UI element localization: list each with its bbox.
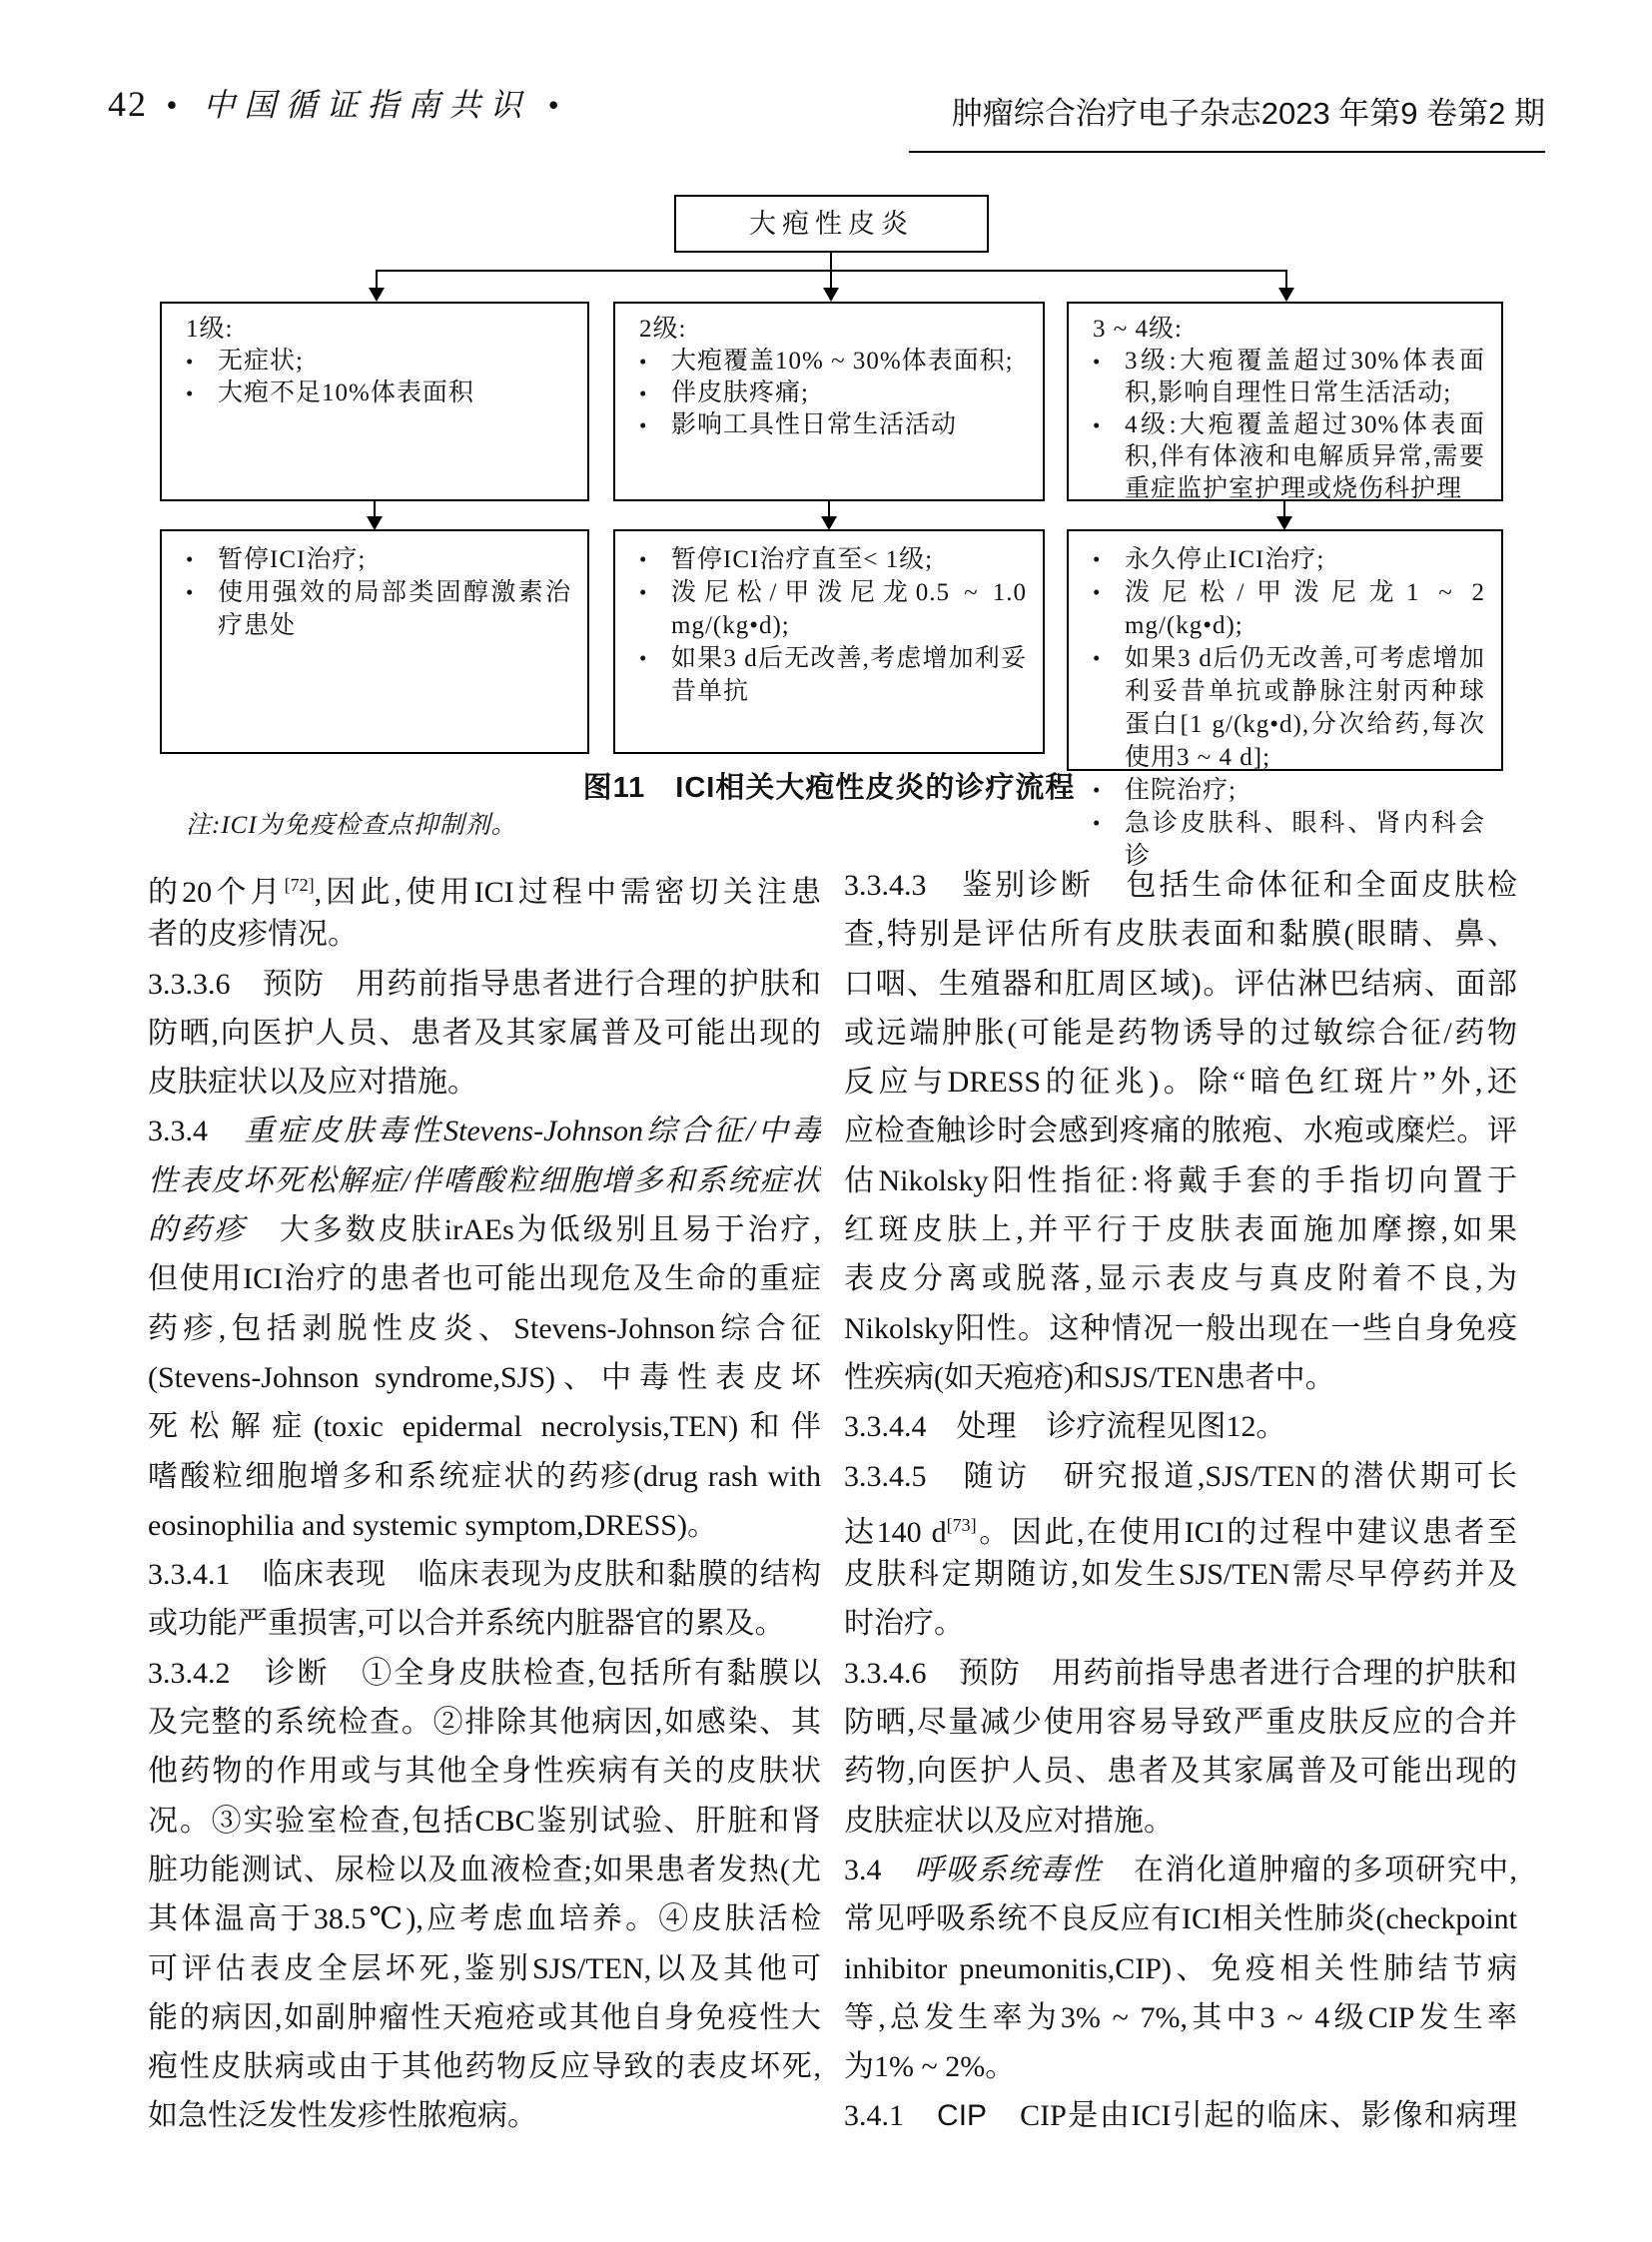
text-segment: 红斑皮肤上,并平行于皮肤表面施加摩擦,如果 bbox=[844, 1213, 1517, 1246]
text-segment: 大多数皮肤irAEs为低级别且易于治疗, bbox=[247, 1213, 821, 1246]
text-segment: 口咽、生殖器和肛周区域)。评估淋巴结病、面部 bbox=[844, 968, 1517, 1001]
body-text-line: 及完整的系统检查。②排除其他病因,如感染、其 bbox=[148, 1698, 821, 1747]
flow-bullet-item: •永久停止ICI治疗; bbox=[1069, 543, 1501, 576]
flow-bullet-item: •使用强效的局部类固醇激素治疗患处 bbox=[162, 576, 587, 642]
bullet-icon: • bbox=[639, 576, 647, 609]
text-segment: 嗜酸粒细胞增多和系统症状的药疹(drug rash with bbox=[148, 1460, 821, 1493]
body-text-line: 疱性皮肤病或由于其他药物反应导致的表皮坏死, bbox=[148, 2042, 821, 2091]
flow-connector-line bbox=[376, 272, 378, 289]
body-column-left: 的20个月[72],因此,使用ICI过程中需密切关注患者的皮疹情况。3.3.3.… bbox=[148, 861, 821, 2141]
text-segment: 用药前指导患者进行合理的护肤和 bbox=[1021, 1657, 1517, 1690]
text-segment: 但使用ICI治疗的患者也可能出现危及生命的重症 bbox=[148, 1262, 821, 1295]
flow-arrow-icon bbox=[369, 288, 385, 302]
text-segment: Nikolsky阳性。这种情况一般出现在一些自身免疫 bbox=[844, 1312, 1517, 1345]
text-segment: 皮肤症状以及应对措施。 bbox=[148, 1066, 477, 1099]
body-text-line: 查,特别是评估所有皮肤表面和黏膜(眼睛、鼻、 bbox=[844, 910, 1517, 959]
body-text-line: 时治疗。 bbox=[844, 1599, 1517, 1648]
bullet-icon: • bbox=[186, 346, 194, 377]
flow-connector-line bbox=[830, 272, 832, 289]
flow-bullet-text: 暂停ICI治疗; bbox=[218, 546, 366, 573]
run-in-heading: 呼吸系统毒性 bbox=[914, 1854, 1102, 1886]
flow-connector-line bbox=[374, 501, 376, 517]
text-segment: 防晒,尽量减少使用容易导致严重皮肤反应的合并 bbox=[844, 1706, 1517, 1739]
body-text-line: 表皮分离或脱落,显示表皮与真皮附着不良,为 bbox=[844, 1254, 1517, 1303]
text-segment: 查,特别是评估所有皮肤表面和黏膜(眼睛、鼻、 bbox=[844, 918, 1517, 951]
flow-bullet-text: 泼尼松/甲泼尼龙0.5 ~ 1.0 mg/(kg•d); bbox=[671, 579, 1027, 639]
body-text-line: 等,总发生率为3% ~ 7%,其中3 ~ 4级CIP发生率 bbox=[844, 1993, 1517, 2042]
bullet-icon: • bbox=[186, 543, 194, 576]
body-text-line: 况。③实验室检查,包括CBC鉴别试验、肝脏和肾 bbox=[148, 1797, 821, 1846]
body-text-line: 为1% ~ 2%。 bbox=[844, 2042, 1517, 2091]
flow-node-grade-1: 1级:•无症状;•大疱不足10%体表面积 bbox=[160, 302, 589, 501]
flow-bullet-text: 如果3 d后无改善,考虑增加利妥昔单抗 bbox=[671, 645, 1027, 705]
text-segment: 反应与DRESS的征兆)。除“暗色红斑片”外,还 bbox=[844, 1066, 1517, 1099]
body-text-line: inhibitor pneumonitis,CIP)、免疫相关性肺结节病 bbox=[844, 1944, 1517, 1993]
body-text-line: 如急性泛发性发疹性脓疱病。 bbox=[148, 2091, 821, 2140]
body-text-line: 3.3.3.6 预防 用药前指导患者进行合理的护肤和 bbox=[148, 960, 821, 1009]
bullet-icon: • bbox=[1093, 346, 1101, 377]
run-in-heading: 处理 bbox=[957, 1410, 1017, 1443]
bullet-icon: • bbox=[186, 576, 194, 609]
text-segment: 3.3.4.5 bbox=[844, 1460, 963, 1493]
flow-bullet-text: 永久停止ICI治疗; bbox=[1125, 546, 1324, 573]
body-text-line: 3.3.4.4 处理 诊疗流程见图12。 bbox=[844, 1402, 1517, 1451]
text-segment: 3.3.4 bbox=[148, 1115, 245, 1147]
text-segment: 如急性泛发性发疹性脓疱病。 bbox=[148, 2099, 537, 2132]
text-segment: 能的病因,如副肿瘤性天疱疮或其他自身免疫性大 bbox=[148, 2001, 821, 2034]
text-segment: 3.4.1 bbox=[844, 2099, 937, 2132]
figure-caption: 图11 ICI相关大疱性皮炎的诊疗流程 bbox=[150, 765, 1508, 806]
text-segment: 脏功能测试、尿检以及血液检查;如果患者发热(尤 bbox=[148, 1854, 821, 1886]
body-text-line: 估Nikolsky阳性指征:将戴手套的手指切向置于 bbox=[844, 1156, 1517, 1205]
body-text-line: 的20个月[72],因此,使用ICI过程中需密切关注患 bbox=[148, 861, 821, 910]
journal-section-title: • 中国循证指南共识 • bbox=[166, 87, 567, 123]
flow-box-title: 3 ~ 4级: bbox=[1069, 314, 1501, 346]
body-text-line: 嗜酸粒细胞增多和系统症状的药疹(drug rash with bbox=[148, 1452, 821, 1501]
text-segment: 性疾病(如天疱疮)和SJS/TEN患者中。 bbox=[844, 1361, 1335, 1394]
page-header-right: 肿瘤综合治疗电子杂志2023 年第9 卷第2 期 bbox=[952, 88, 1545, 133]
flow-bullet-text: 如果3 d后仍无改善,可考虑增加利妥昔单抗或静脉注射丙种球蛋白[1 g/(kg•… bbox=[1125, 645, 1485, 771]
flow-bullet-item: •无症状; bbox=[162, 346, 587, 377]
run-in-heading: 诊断 bbox=[265, 1657, 330, 1690]
body-text-line: Nikolsky阳性。这种情况一般出现在一些自身免疫 bbox=[844, 1304, 1517, 1353]
flow-connector-line bbox=[830, 253, 832, 271]
text-segment: 药疹,包括剥脱性皮炎、Stevens-Johnson综合征 bbox=[148, 1312, 821, 1345]
body-text-line: 性表皮坏死松解症/伴嗜酸粒细胞增多和系统症状 bbox=[148, 1156, 821, 1205]
text-segment: 况。③实验室检查,包括CBC鉴别试验、肝脏和肾 bbox=[148, 1805, 821, 1838]
text-segment: 。因此,在使用ICI的过程中建议患者至 bbox=[977, 1516, 1517, 1549]
flow-bullet-text: 暂停ICI治疗直至< 1级; bbox=[671, 546, 933, 573]
flow-arrow-icon bbox=[1278, 288, 1294, 302]
flow-connector-line bbox=[828, 501, 830, 517]
body-text-line: 性疾病(如天疱疮)和SJS/TEN患者中。 bbox=[844, 1353, 1517, 1402]
body-text-line: 但使用ICI治疗的患者也可能出现危及生命的重症 bbox=[148, 1254, 821, 1303]
text-segment: CIP是由ICI引起的临床、影像和病理 bbox=[987, 2099, 1517, 2132]
flow-bullet-text: 4级:大疱覆盖超过30%体表面积,伴有体液和电解质异常,需要重症监护室护理或烧伤… bbox=[1125, 411, 1485, 502]
flow-arrow-icon bbox=[1276, 516, 1292, 530]
bullet-icon: • bbox=[186, 377, 194, 409]
body-text-line: (Stevens-Johnson syndrome,SJS)、中毒性表皮坏 bbox=[148, 1353, 821, 1402]
flow-connector-line bbox=[1285, 272, 1287, 289]
reference-superscript: [72] bbox=[285, 875, 315, 895]
text-segment: 皮肤症状以及应对措施。 bbox=[844, 1805, 1174, 1838]
body-text-line: 防晒,向医护人员、患者及其家属普及可能出现的 bbox=[148, 1009, 821, 1058]
page-header-left: 42• 中国循证指南共识 • bbox=[108, 80, 567, 126]
flow-bullet-text: 影响工具性日常生活活动 bbox=[671, 411, 957, 438]
flow-bullet-item: •影响工具性日常生活活动 bbox=[615, 409, 1043, 441]
page-number: 42 bbox=[108, 84, 148, 124]
body-text-line: 或远端肿胀(可能是药物诱导的过敏综合征/药物 bbox=[844, 1009, 1517, 1058]
text-segment: 表皮分离或脱落,显示表皮与真皮附着不良,为 bbox=[844, 1262, 1517, 1295]
flow-arrow-icon bbox=[823, 288, 839, 302]
text-segment: 药物,向医护人员、患者及其家属普及可能出现的 bbox=[844, 1755, 1517, 1788]
text-segment: 或远端肿胀(可能是药物诱导的过敏综合征/药物 bbox=[844, 1017, 1517, 1050]
text-segment: eosinophilia and systemic symptom,DRESS)… bbox=[148, 1509, 717, 1542]
flow-node-treatment-grade-3-4: •永久停止ICI治疗;•泼尼松/甲泼尼龙1 ~ 2 mg/(kg•d);•如果3… bbox=[1067, 529, 1503, 771]
body-text-line: 或功能严重损害,可以合并系统内脏器官的累及。 bbox=[148, 1599, 821, 1648]
text-segment: 其体温高于38.5℃),应考虑血培养。④皮肤活检 bbox=[148, 1902, 821, 1935]
flow-arrow-icon bbox=[821, 516, 837, 530]
bullet-icon: • bbox=[639, 409, 647, 441]
text-segment: 防晒,向医护人员、患者及其家属普及可能出现的 bbox=[148, 1017, 821, 1050]
text-segment: 死松解症(toxic epidermal necrolysis,TEN)和伴 bbox=[148, 1410, 821, 1443]
flow-bullet-item: •暂停ICI治疗; bbox=[162, 543, 587, 576]
text-segment: (Stevens-Johnson syndrome,SJS)、中毒性表皮坏 bbox=[148, 1361, 821, 1394]
body-text-line: 3.3.4.6 预防 用药前指导患者进行合理的护肤和 bbox=[844, 1649, 1517, 1698]
reference-superscript: [73] bbox=[947, 1515, 977, 1535]
flow-bullet-text: 泼尼松/甲泼尼龙1 ~ 2 mg/(kg•d); bbox=[1125, 579, 1485, 639]
text-segment: 等,总发生率为3% ~ 7%,其中3 ~ 4级CIP发生率 bbox=[844, 2001, 1517, 2034]
body-text-line: 他药物的作用或与其他全身性疾病有关的皮肤状 bbox=[148, 1747, 821, 1796]
run-in-heading: 的药疹 bbox=[148, 1213, 247, 1246]
body-text-line: 药疹,包括剥脱性皮炎、Stevens-Johnson综合征 bbox=[148, 1304, 821, 1353]
body-text-line: 可评估表皮全层坏死,鉴别SJS/TEN,以及其他可 bbox=[148, 1944, 821, 1993]
flow-bullet-item: •暂停ICI治疗直至< 1级; bbox=[615, 543, 1043, 576]
body-text-line: 3.4.1 CIP CIP是由ICI引起的临床、影像和病理 bbox=[844, 2091, 1517, 2140]
bullet-icon: • bbox=[639, 543, 647, 576]
flow-bullet-text: 无症状; bbox=[218, 348, 304, 374]
body-text-line: 者的皮疹情况。 bbox=[148, 910, 821, 959]
flow-bullet-text: 伴皮肤疼痛; bbox=[671, 379, 809, 406]
flow-bullet-text: 使用强效的局部类固醇激素治疗患处 bbox=[218, 579, 571, 639]
body-text-line: 3.3.4.3 鉴别诊断 包括生命体征和全面皮肤检 bbox=[844, 861, 1517, 910]
text-segment: 诊疗流程见图12。 bbox=[1017, 1410, 1286, 1443]
text-segment: 可评估表皮全层坏死,鉴别SJS/TEN,以及其他可 bbox=[148, 1952, 821, 1985]
text-segment: 包括生命体征和全面皮肤检 bbox=[1094, 869, 1517, 902]
body-text-line: 3.3.4.1 临床表现 临床表现为皮肤和黏膜的结构 bbox=[148, 1550, 821, 1599]
body-text-line: eosinophilia and systemic symptom,DRESS)… bbox=[148, 1501, 821, 1550]
bullet-icon: • bbox=[1093, 642, 1101, 675]
figure-note: 注:ICI为免疫检查点抑制剂。 bbox=[186, 805, 517, 841]
body-text-line: 常见呼吸系统不良反应有ICI相关性肺炎(checkpoint bbox=[844, 1894, 1517, 1943]
text-segment: 达140 d bbox=[844, 1516, 947, 1549]
text-segment: 3.3.4.3 bbox=[844, 869, 962, 902]
text-segment: 或功能严重损害,可以合并系统内脏器官的累及。 bbox=[148, 1607, 785, 1640]
text-segment: 应检查触诊时会感到疼痛的脓疱、水疱或糜烂。评 bbox=[844, 1115, 1517, 1147]
text-segment: 常见呼吸系统不良反应有ICI相关性肺炎(checkpoint bbox=[844, 1902, 1517, 1935]
body-text-line: 3.3.4 重症皮肤毒性Stevens-Johnson综合征/中毒 bbox=[148, 1107, 821, 1155]
body-text-line: 脏功能测试、尿检以及血液检查;如果患者发热(尤 bbox=[148, 1846, 821, 1894]
body-text-line: 反应与DRESS的征兆)。除“暗色红斑片”外,还 bbox=[844, 1058, 1517, 1107]
text-segment: 皮肤科定期随访,如发生SJS/TEN需尽早停药并及 bbox=[844, 1558, 1517, 1591]
body-text-line: 达140 d[73]。因此,在使用ICI的过程中建议患者至 bbox=[844, 1501, 1517, 1550]
text-segment: 为1% ~ 2%。 bbox=[844, 2050, 1015, 2083]
text-segment: inhibitor pneumonitis,CIP)、免疫相关性肺结节病 bbox=[844, 1952, 1517, 1985]
flow-bullet-item: •3级:大疱覆盖超过30%体表面积,影响自理性日常生活活动; bbox=[1069, 346, 1501, 409]
run-in-heading: 性表皮坏死松解症/伴嗜酸粒细胞增多和系统症状 bbox=[148, 1164, 821, 1197]
text-segment: 3.3.3.6 bbox=[148, 968, 263, 1001]
bullet-icon: • bbox=[639, 346, 647, 377]
text-segment: 他药物的作用或与其他全身性疾病有关的皮肤状 bbox=[148, 1755, 821, 1788]
text-segment: 估Nikolsky阳性指征:将戴手套的手指切向置于 bbox=[844, 1164, 1517, 1197]
run-in-heading: 预防 bbox=[263, 968, 325, 1001]
text-segment: 疱性皮肤病或由于其他药物反应导致的表皮坏死, bbox=[148, 2050, 821, 2083]
run-in-heading: 随访 bbox=[963, 1460, 1030, 1493]
text-segment: 3.3.4.4 bbox=[844, 1410, 957, 1443]
flow-box-title: 1级: bbox=[162, 314, 587, 346]
text-segment: 及完整的系统检查。②排除其他病因,如感染、其 bbox=[148, 1706, 821, 1739]
flow-arrow-icon bbox=[367, 516, 383, 530]
flow-node-root: 大疱性皮炎 bbox=[674, 195, 989, 253]
text-segment: 的20个月 bbox=[148, 876, 285, 909]
bullet-icon: • bbox=[1093, 807, 1101, 840]
body-text-line: 皮肤症状以及应对措施。 bbox=[844, 1797, 1517, 1846]
flow-bullet-item: •如果3 d后无改善,考虑增加利妥昔单抗 bbox=[615, 642, 1043, 708]
run-in-heading: 重症皮肤毒性Stevens-Johnson综合征/中毒 bbox=[245, 1115, 821, 1147]
bullet-icon: • bbox=[639, 642, 647, 675]
text-segment: 3.3.4.6 bbox=[844, 1657, 959, 1690]
body-text-line: 3.4 呼吸系统毒性 在消化道肿瘤的多项研究中, bbox=[844, 1846, 1517, 1894]
body-text-line: 能的病因,如副肿瘤性天疱疮或其他自身免疫性大 bbox=[148, 1993, 821, 2042]
flow-bullet-text: 大疱不足10%体表面积 bbox=[218, 379, 474, 406]
text-segment: 者的皮疹情况。 bbox=[148, 918, 358, 951]
flow-box-title: 2级: bbox=[615, 314, 1043, 346]
body-text-line: 防晒,尽量减少使用容易导致严重皮肤反应的合并 bbox=[844, 1698, 1517, 1747]
flow-bullet-item: •如果3 d后仍无改善,可考虑增加利妥昔单抗或静脉注射丙种球蛋白[1 g/(kg… bbox=[1069, 642, 1501, 774]
flow-node-grade-3-4: 3 ~ 4级:•3级:大疱覆盖超过30%体表面积,影响自理性日常生活活动;•4级… bbox=[1067, 302, 1503, 501]
flow-bullet-text: 大疱覆盖10% ~ 30%体表面积; bbox=[671, 348, 1014, 374]
body-text-line: 皮肤症状以及应对措施。 bbox=[148, 1058, 821, 1107]
flow-bullet-item: •泼尼松/甲泼尼龙0.5 ~ 1.0 mg/(kg•d); bbox=[615, 576, 1043, 642]
text-segment: 时治疗。 bbox=[844, 1607, 964, 1640]
body-text-line: 其体温高于38.5℃),应考虑血培养。④皮肤活检 bbox=[148, 1894, 821, 1943]
flow-node-treatment-grade-1: •暂停ICI治疗;•使用强效的局部类固醇激素治疗患处 bbox=[160, 529, 589, 754]
flow-bullet-item: •大疱不足10%体表面积 bbox=[162, 377, 587, 409]
bullet-icon: • bbox=[639, 377, 647, 409]
body-column-right: 3.3.4.3 鉴别诊断 包括生命体征和全面皮肤检查,特别是评估所有皮肤表面和黏… bbox=[844, 861, 1517, 2141]
journal-page: 42• 中国循证指南共识 • 肿瘤综合治疗电子杂志2023 年第9 卷第2 期 … bbox=[0, 0, 1652, 2242]
flow-node-treatment-grade-2: •暂停ICI治疗直至< 1级;•泼尼松/甲泼尼龙0.5 ~ 1.0 mg/(kg… bbox=[613, 529, 1045, 754]
text-segment: 研究报道,SJS/TEN的潜伏期可长 bbox=[1030, 1460, 1517, 1493]
text-segment: ①全身皮肤检查,包括所有黏膜以 bbox=[330, 1657, 821, 1690]
text-segment: 在消化道肿瘤的多项研究中, bbox=[1103, 1854, 1517, 1886]
bullet-icon: • bbox=[1093, 576, 1101, 609]
flow-bullet-text: 3级:大疱覆盖超过30%体表面积,影响自理性日常生活活动; bbox=[1125, 348, 1485, 406]
body-text-line: 口咽、生殖器和肛周区域)。评估淋巴结病、面部 bbox=[844, 960, 1517, 1009]
flow-bullet-item: •4级:大疱覆盖超过30%体表面积,伴有体液和电解质异常,需要重症监护室护理或烧… bbox=[1069, 409, 1501, 505]
text-segment: 3.3.4.2 bbox=[148, 1657, 265, 1690]
flow-bullet-item: •大疱覆盖10% ~ 30%体表面积; bbox=[615, 346, 1043, 377]
header-rule bbox=[909, 151, 1545, 153]
flow-node-grade-2: 2级:•大疱覆盖10% ~ 30%体表面积;•伴皮肤疼痛;•影响工具性日常生活活… bbox=[613, 302, 1045, 501]
body-text-line: 3.3.4.2 诊断 ①全身皮肤检查,包括所有黏膜以 bbox=[148, 1649, 821, 1698]
text-segment: 用药前指导患者进行合理的护肤和 bbox=[325, 968, 821, 1001]
flow-connector-line bbox=[1283, 501, 1285, 517]
run-in-heading: 预防 bbox=[959, 1657, 1021, 1690]
body-text-line: 药物,向医护人员、患者及其家属普及可能出现的 bbox=[844, 1747, 1517, 1796]
flow-bullet-item: •泼尼松/甲泼尼龙1 ~ 2 mg/(kg•d); bbox=[1069, 576, 1501, 642]
run-in-heading: 鉴别诊断 bbox=[962, 869, 1093, 902]
run-in-heading: CIP bbox=[937, 2099, 987, 2132]
text-segment: 临床表现为皮肤和黏膜的结构 bbox=[387, 1558, 821, 1591]
body-text-line: 3.3.4.5 随访 研究报道,SJS/TEN的潜伏期可长 bbox=[844, 1452, 1517, 1501]
text-segment: 3.4 bbox=[844, 1854, 914, 1886]
bullet-icon: • bbox=[1093, 409, 1101, 441]
body-text-line: 皮肤科定期随访,如发生SJS/TEN需尽早停药并及 bbox=[844, 1550, 1517, 1599]
body-text-line: 应检查触诊时会感到疼痛的脓疱、水疱或糜烂。评 bbox=[844, 1107, 1517, 1155]
text-segment: ,因此,使用ICI过程中需密切关注患 bbox=[315, 876, 821, 909]
body-text-line: 红斑皮肤上,并平行于皮肤表面施加摩擦,如果 bbox=[844, 1205, 1517, 1254]
run-in-heading: 临床表现 bbox=[263, 1558, 388, 1591]
text-segment: 3.3.4.1 bbox=[148, 1558, 263, 1591]
body-text-line: 死松解症(toxic epidermal necrolysis,TEN)和伴 bbox=[148, 1402, 821, 1451]
flow-bullet-item: •伴皮肤疼痛; bbox=[615, 377, 1043, 409]
body-text-line: 的药疹 大多数皮肤irAEs为低级别且易于治疗, bbox=[148, 1205, 821, 1254]
bullet-icon: • bbox=[1093, 543, 1101, 576]
